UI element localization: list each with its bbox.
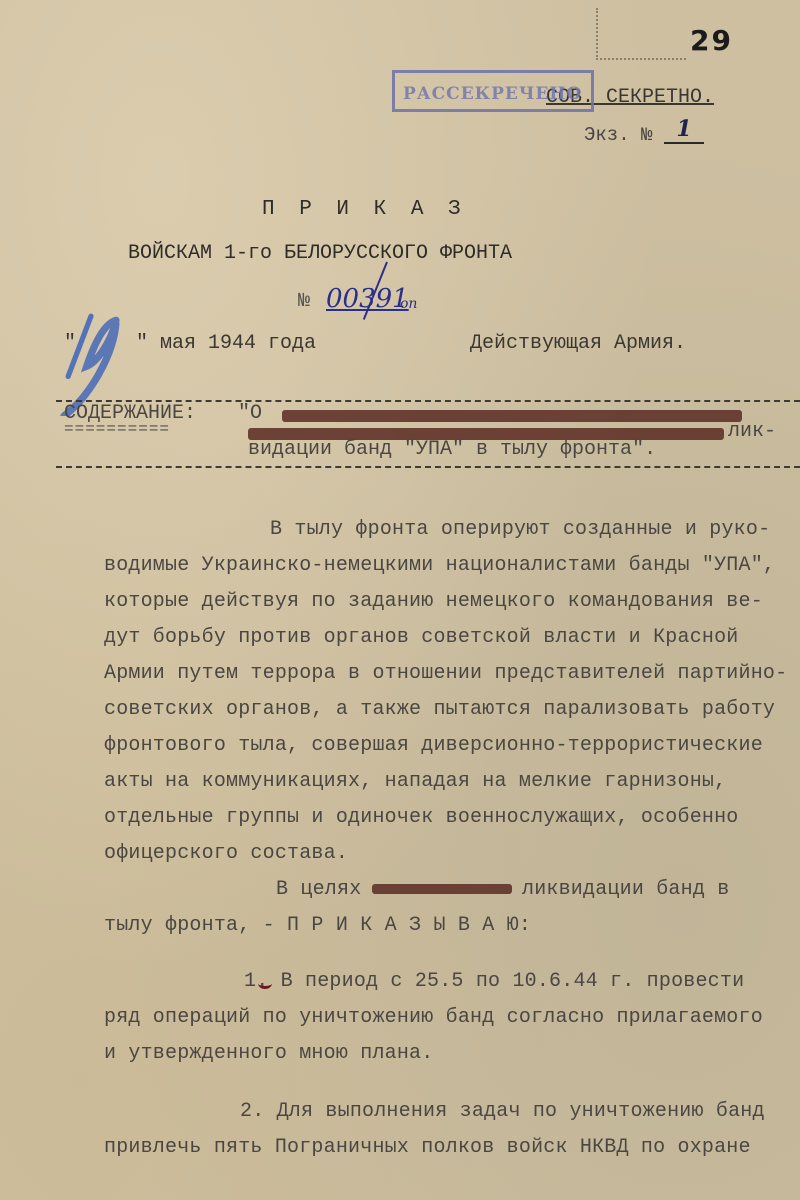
order-number-suffix: оп (400, 296, 417, 312)
body-line: отдельные группы и одиночек военнослужащ… (104, 806, 739, 829)
copy-number: 1 (664, 116, 704, 144)
place-line: Действующая Армия. (470, 332, 686, 355)
body-line: тылу фронта, - П Р И К А З Ы В А Ю: (104, 914, 531, 937)
order-number-label: № (298, 290, 310, 313)
document-subtitle: ВОЙСКАМ 1-го БЕЛОРУССКОГО ФРОНТА (128, 242, 512, 265)
contents-line3: видации банд "УПА" в тылу фронта". (248, 438, 656, 461)
body-line: 2. Для выполнения задач по уничтожению б… (240, 1100, 765, 1123)
contents-line2-suffix: лик- (728, 420, 776, 443)
body-line: фронтового тыла, совершая диверсионно-те… (104, 734, 763, 757)
body-line: акты на коммуникациях, нападая на мелкие… (104, 770, 726, 793)
redaction (372, 884, 512, 894)
body-line: ряд операций по уничтожению банд согласн… (104, 1006, 763, 1029)
body-line: В целях (276, 878, 361, 901)
body-line: привлечь пять Пограничных полков войск Н… (104, 1136, 751, 1159)
divider-bottom (56, 466, 800, 468)
body-line: дут борьбу против органов советской влас… (104, 626, 739, 649)
body-line: и утвержденного мною плана. (104, 1042, 433, 1065)
body-line: которые действуя по заданию немецкого ко… (104, 590, 763, 613)
contents-prefix: "О (238, 402, 262, 425)
copy-label: Экз. № (584, 124, 652, 146)
body-line: ликвидации банд в (522, 878, 729, 901)
body-line: 1. В период с 25.5 по 10.6.44 г. провест… (244, 970, 744, 993)
body-line: советских органов, а также пытаются пара… (104, 698, 775, 721)
document-title: П Р И К А З (262, 198, 467, 221)
archive-corner-mark (596, 8, 686, 60)
body-line: офицерского состава. (104, 842, 348, 865)
redaction (282, 410, 742, 422)
declassified-stamp: РАССЕКРЕЧЕНО (392, 70, 594, 112)
body-line: водимые Украинско-немецкими националиста… (104, 554, 775, 577)
page-number: 29 (690, 24, 733, 57)
body-line: В тылу фронта оперируют созданные и руко… (270, 518, 770, 541)
body-line: Армии путем террора в отношении представ… (104, 662, 787, 685)
handwritten-correction-mark (258, 978, 272, 989)
contents-underline: ========== (64, 420, 170, 438)
